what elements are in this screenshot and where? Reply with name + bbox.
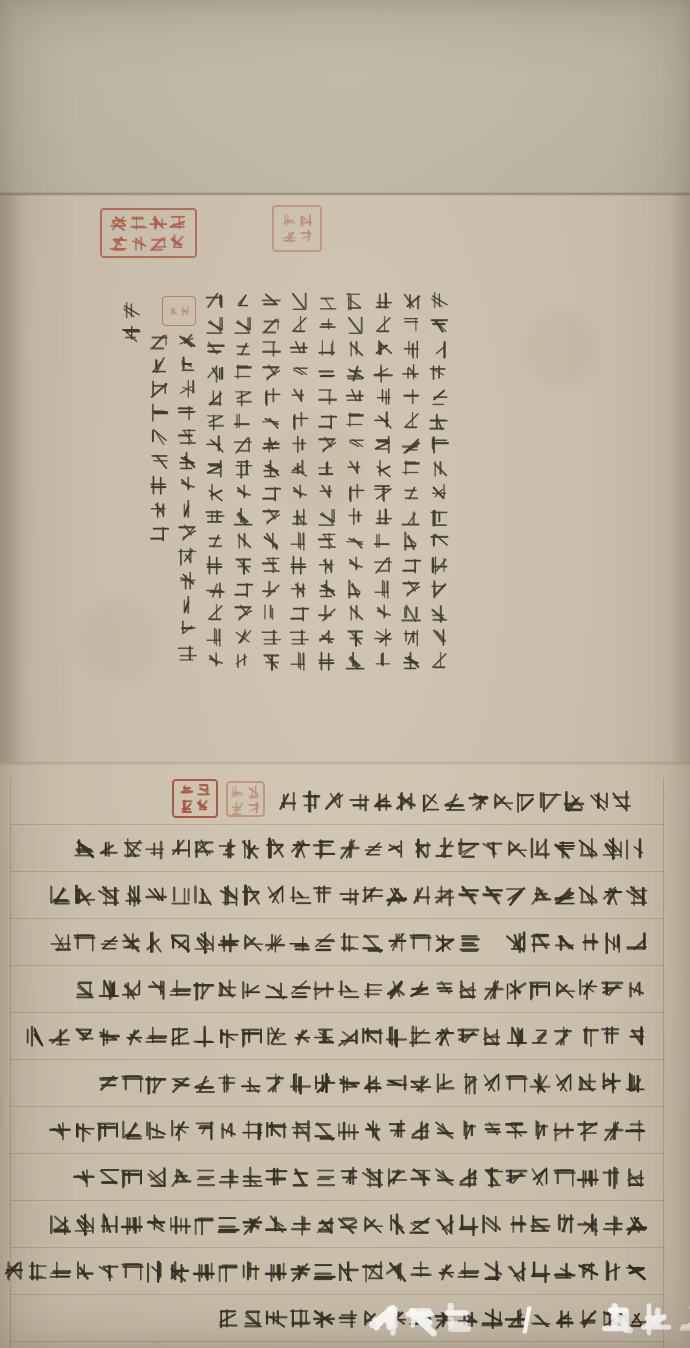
glyph <box>240 1119 264 1143</box>
glyph <box>528 1072 552 1096</box>
glyph <box>429 483 450 504</box>
glyph <box>72 1119 96 1143</box>
glyph <box>261 507 282 528</box>
glyph <box>240 1213 264 1237</box>
glyph <box>345 411 366 432</box>
glyph <box>432 1025 456 1049</box>
glyph <box>317 603 338 624</box>
glyph <box>264 1166 288 1190</box>
glyph <box>120 1260 144 1284</box>
glyph <box>600 1025 624 1049</box>
glyph <box>205 435 226 456</box>
glyph <box>346 790 370 814</box>
glyph <box>384 884 408 908</box>
glyph <box>504 1213 528 1237</box>
glyph <box>373 411 394 432</box>
glyph <box>0 1260 24 1284</box>
glyph <box>504 931 528 955</box>
glyph <box>384 1260 408 1284</box>
calligraphy-column <box>288 291 311 741</box>
glyph <box>432 931 456 955</box>
glyph <box>317 291 338 312</box>
seal-inscription <box>230 785 261 816</box>
glyph <box>205 411 226 432</box>
glyph <box>429 627 450 648</box>
glyph <box>317 339 338 360</box>
glyph <box>289 531 310 552</box>
glyph <box>418 790 442 814</box>
glyph <box>312 837 336 861</box>
glyph <box>562 790 586 814</box>
glyph <box>336 1025 360 1049</box>
seal-inscription <box>109 214 188 253</box>
mounting-strip <box>0 0 690 194</box>
glyph <box>576 1166 600 1190</box>
glyph <box>312 1213 336 1237</box>
glyph <box>373 579 394 600</box>
glyph <box>401 507 422 528</box>
glyph <box>384 931 408 955</box>
glyph <box>192 978 216 1002</box>
glyph <box>48 931 72 955</box>
glyph <box>345 387 366 408</box>
glyph <box>429 531 450 552</box>
glyph <box>233 363 254 384</box>
glyph <box>205 507 226 528</box>
collector-seal-wide <box>100 208 197 258</box>
glyph <box>192 884 216 908</box>
glyph <box>168 837 192 861</box>
glyph <box>96 931 120 955</box>
glyph <box>345 627 366 648</box>
glyph <box>120 1025 144 1049</box>
glyph <box>312 884 336 908</box>
glyph <box>538 790 562 814</box>
glyph <box>261 363 282 384</box>
glyph <box>317 627 338 648</box>
glyph <box>312 1072 336 1096</box>
glyph <box>144 1025 168 1049</box>
glyph <box>624 1072 648 1096</box>
glyph <box>246 785 261 800</box>
glyph <box>192 1166 216 1190</box>
glyph <box>240 1260 264 1284</box>
glyph <box>528 884 552 908</box>
glyph <box>600 1213 624 1237</box>
glyph <box>192 1213 216 1237</box>
glyph <box>289 555 310 576</box>
glyph <box>288 884 312 908</box>
glyph <box>432 1166 456 1190</box>
glyph <box>456 837 480 861</box>
glyph <box>149 451 170 472</box>
watermark: / <box>366 1299 690 1341</box>
glyph <box>401 627 422 648</box>
glyph <box>289 651 310 672</box>
glyph <box>289 627 310 648</box>
glyph <box>233 627 254 648</box>
glyph <box>72 1166 96 1190</box>
glyph <box>233 435 254 456</box>
glyph <box>373 627 394 648</box>
calligraphy-column <box>148 331 171 741</box>
calligraphy-row <box>10 1060 662 1107</box>
glyph <box>312 1166 336 1190</box>
glyph <box>317 483 338 504</box>
seal-inscription <box>180 783 211 814</box>
glyph <box>192 1260 216 1284</box>
glyph <box>345 651 366 672</box>
glyph <box>168 884 192 908</box>
glyph <box>261 459 282 480</box>
glyph <box>177 403 198 424</box>
glyph <box>429 459 450 480</box>
glyph <box>336 837 360 861</box>
glyph <box>72 884 96 908</box>
glyph <box>432 1260 456 1284</box>
glyph <box>401 315 422 336</box>
glyph <box>401 555 422 576</box>
glyph <box>504 837 528 861</box>
glyph <box>288 1213 312 1237</box>
glyph <box>373 387 394 408</box>
glyph <box>345 579 366 600</box>
glyph: / <box>518 1303 561 1338</box>
glyph <box>345 507 366 528</box>
calligraphy-row <box>10 1013 662 1060</box>
glyph <box>288 1072 312 1096</box>
glyph <box>168 1119 192 1143</box>
glyph <box>432 978 456 1002</box>
glyph <box>373 435 394 456</box>
glyph <box>233 531 254 552</box>
glyph <box>490 790 514 814</box>
glyph <box>317 507 338 528</box>
glyph <box>408 978 432 1002</box>
glyph <box>317 555 338 576</box>
glyph <box>205 315 226 336</box>
glyph <box>552 1119 576 1143</box>
calligraphy-column <box>428 291 451 741</box>
glyph <box>233 291 254 312</box>
glyph <box>240 931 264 955</box>
glyph <box>216 884 240 908</box>
calligraphy-row <box>10 919 662 966</box>
glyph <box>384 1166 408 1190</box>
glyph <box>312 978 336 1002</box>
glyph <box>504 884 528 908</box>
glyph <box>552 1213 576 1237</box>
glyph <box>370 790 394 814</box>
glyph <box>480 884 504 908</box>
glyph <box>216 1025 240 1049</box>
glyph <box>168 306 179 317</box>
glyph <box>180 783 195 798</box>
glyph <box>264 1025 288 1049</box>
glyph <box>514 790 538 814</box>
glyph <box>205 483 226 504</box>
glyph <box>288 1260 312 1284</box>
glyph <box>384 837 408 861</box>
glyph <box>96 978 120 1002</box>
glyph <box>429 339 450 360</box>
glyph <box>624 1119 648 1143</box>
calligraphy-row <box>10 1154 662 1201</box>
glyph <box>624 978 648 1002</box>
glyph <box>600 978 624 1002</box>
glyph <box>264 1072 288 1096</box>
glyph <box>480 1303 515 1338</box>
calligraphy-row <box>10 1107 662 1154</box>
glyph <box>312 931 336 955</box>
glyph <box>192 1119 216 1143</box>
glyph <box>401 459 422 480</box>
glyph <box>289 411 310 432</box>
calligraphy-column <box>372 291 395 741</box>
glyph <box>233 315 254 336</box>
glyph <box>264 978 288 1002</box>
glyph <box>120 1213 144 1237</box>
glyph <box>298 213 313 228</box>
glyph <box>373 459 394 480</box>
glyph <box>120 1166 144 1190</box>
glyph <box>528 837 552 861</box>
glyph <box>72 978 96 1002</box>
calligraphy-row <box>10 778 662 825</box>
glyph <box>168 1072 192 1096</box>
glyph <box>144 1072 168 1096</box>
glyph <box>480 1072 504 1096</box>
glyph <box>149 379 170 400</box>
glyph <box>233 507 254 528</box>
glyph <box>261 339 282 360</box>
glyph <box>360 931 384 955</box>
glyph <box>345 483 366 504</box>
glyph <box>289 291 310 312</box>
mounting-seam <box>0 192 690 196</box>
glyph <box>289 315 310 336</box>
glyph <box>373 507 394 528</box>
glyph <box>373 363 394 384</box>
glyph <box>177 499 198 520</box>
glyph <box>289 603 310 624</box>
glyph <box>180 799 195 814</box>
glyph <box>624 1260 648 1284</box>
glyph <box>624 884 648 908</box>
glyph <box>317 387 338 408</box>
glyph <box>48 1213 72 1237</box>
glyph <box>373 315 394 336</box>
glyph <box>216 978 240 1002</box>
glyph <box>345 315 366 336</box>
glyph <box>586 790 610 814</box>
glyph <box>144 837 168 861</box>
glyph <box>576 1119 600 1143</box>
glyph <box>233 555 254 576</box>
glyph <box>261 483 282 504</box>
glyph <box>230 785 245 800</box>
glyph <box>360 1166 384 1190</box>
glyph <box>640 1303 675 1338</box>
glyph <box>408 931 432 955</box>
glyph <box>288 1307 312 1331</box>
calligraphy-scroll-photo: / <box>0 0 690 1348</box>
glyph <box>149 214 168 233</box>
glyph <box>240 978 264 1002</box>
glyph <box>504 1025 528 1049</box>
glyph <box>216 1213 240 1237</box>
calligraphy-column <box>176 331 199 741</box>
glyph <box>317 651 338 672</box>
glyph <box>401 579 422 600</box>
glyph <box>480 1119 504 1143</box>
glyph <box>429 387 450 408</box>
glyph <box>264 1307 288 1331</box>
glyph <box>528 931 552 955</box>
glyph <box>261 315 282 336</box>
glyph <box>129 234 148 253</box>
glyph <box>528 1260 552 1284</box>
glyph <box>289 435 310 456</box>
glyph <box>233 459 254 480</box>
glyph <box>48 1260 72 1284</box>
glyph <box>480 1213 504 1237</box>
glyph <box>96 1072 120 1096</box>
glyph <box>401 531 422 552</box>
glyph <box>528 1119 552 1143</box>
glyph <box>177 331 198 352</box>
glyph <box>429 435 450 456</box>
calligraphy-column <box>316 291 339 741</box>
glyph <box>149 355 170 376</box>
glyph <box>169 214 188 233</box>
glyph <box>177 523 198 544</box>
glyph <box>552 978 576 1002</box>
lower-seal-strong <box>172 779 218 818</box>
glyph <box>408 884 432 908</box>
glyph <box>240 1025 264 1049</box>
glyph <box>205 555 226 576</box>
glyph <box>360 1213 384 1237</box>
glyph <box>264 1119 288 1143</box>
glyph <box>373 483 394 504</box>
upper-colophon-block <box>120 291 451 741</box>
glyph <box>216 1307 240 1331</box>
glyph <box>602 1303 637 1338</box>
glyph <box>600 1072 624 1096</box>
glyph <box>322 790 346 814</box>
glyph <box>600 931 624 955</box>
glyph <box>233 579 254 600</box>
calligraphy-row <box>10 825 662 872</box>
glyph <box>624 837 648 861</box>
glyph <box>144 1166 168 1190</box>
glyph <box>610 790 634 814</box>
glyph <box>96 884 120 908</box>
glyph <box>345 459 366 480</box>
glyph <box>528 1025 552 1049</box>
glyph <box>149 234 168 253</box>
glyph <box>373 291 394 312</box>
glyph <box>552 1166 576 1190</box>
glyph <box>552 1260 576 1284</box>
glyph <box>288 1166 312 1190</box>
calligraphy-column <box>232 291 255 741</box>
glyph <box>196 799 211 814</box>
glyph <box>109 234 128 253</box>
glyph <box>432 837 456 861</box>
glyph <box>288 978 312 1002</box>
glyph <box>240 884 264 908</box>
glyph <box>336 1307 360 1331</box>
lower-seal-light <box>226 781 265 817</box>
glyph <box>528 1166 552 1190</box>
glyph <box>345 291 366 312</box>
glyph <box>177 595 198 616</box>
glyph <box>600 884 624 908</box>
glyph <box>576 978 600 1002</box>
glyph <box>144 978 168 1002</box>
glyph <box>24 1260 48 1284</box>
glyph <box>109 214 128 233</box>
glyph <box>429 315 450 336</box>
glyph <box>401 483 422 504</box>
glyph <box>384 1119 408 1143</box>
glyph <box>528 1213 552 1237</box>
glyph <box>408 837 432 861</box>
glyph <box>205 339 226 360</box>
glyph <box>298 229 313 244</box>
glyph <box>360 1072 384 1096</box>
calligraphy-row <box>10 872 662 919</box>
glyph <box>624 931 648 955</box>
glyph <box>360 1119 384 1143</box>
glyph <box>261 531 282 552</box>
glyph <box>312 1119 336 1143</box>
glyph <box>180 306 191 317</box>
glyph <box>552 931 576 955</box>
glyph <box>192 837 216 861</box>
glyph <box>205 603 226 624</box>
glyph <box>233 483 254 504</box>
glyph <box>288 1025 312 1049</box>
glyph <box>289 507 310 528</box>
glyph <box>149 499 170 520</box>
glyph <box>429 603 450 624</box>
glyph <box>177 427 198 448</box>
glyph <box>144 1119 168 1143</box>
glyph <box>72 1213 96 1237</box>
glyph <box>317 459 338 480</box>
glyph <box>432 884 456 908</box>
glyph <box>576 1260 600 1284</box>
glyph <box>678 1303 690 1338</box>
glyph <box>429 363 450 384</box>
glyph <box>264 1260 288 1284</box>
glyph <box>233 339 254 360</box>
glyph <box>177 643 198 664</box>
glyph <box>196 783 211 798</box>
glyph <box>401 651 422 672</box>
glyph <box>456 978 480 1002</box>
glyph <box>317 363 338 384</box>
glyph <box>480 978 504 1002</box>
glyph <box>24 1025 48 1049</box>
glyph <box>96 1119 120 1143</box>
glyph <box>177 571 198 592</box>
glyph <box>72 837 96 861</box>
calligraphy-column <box>204 291 227 741</box>
